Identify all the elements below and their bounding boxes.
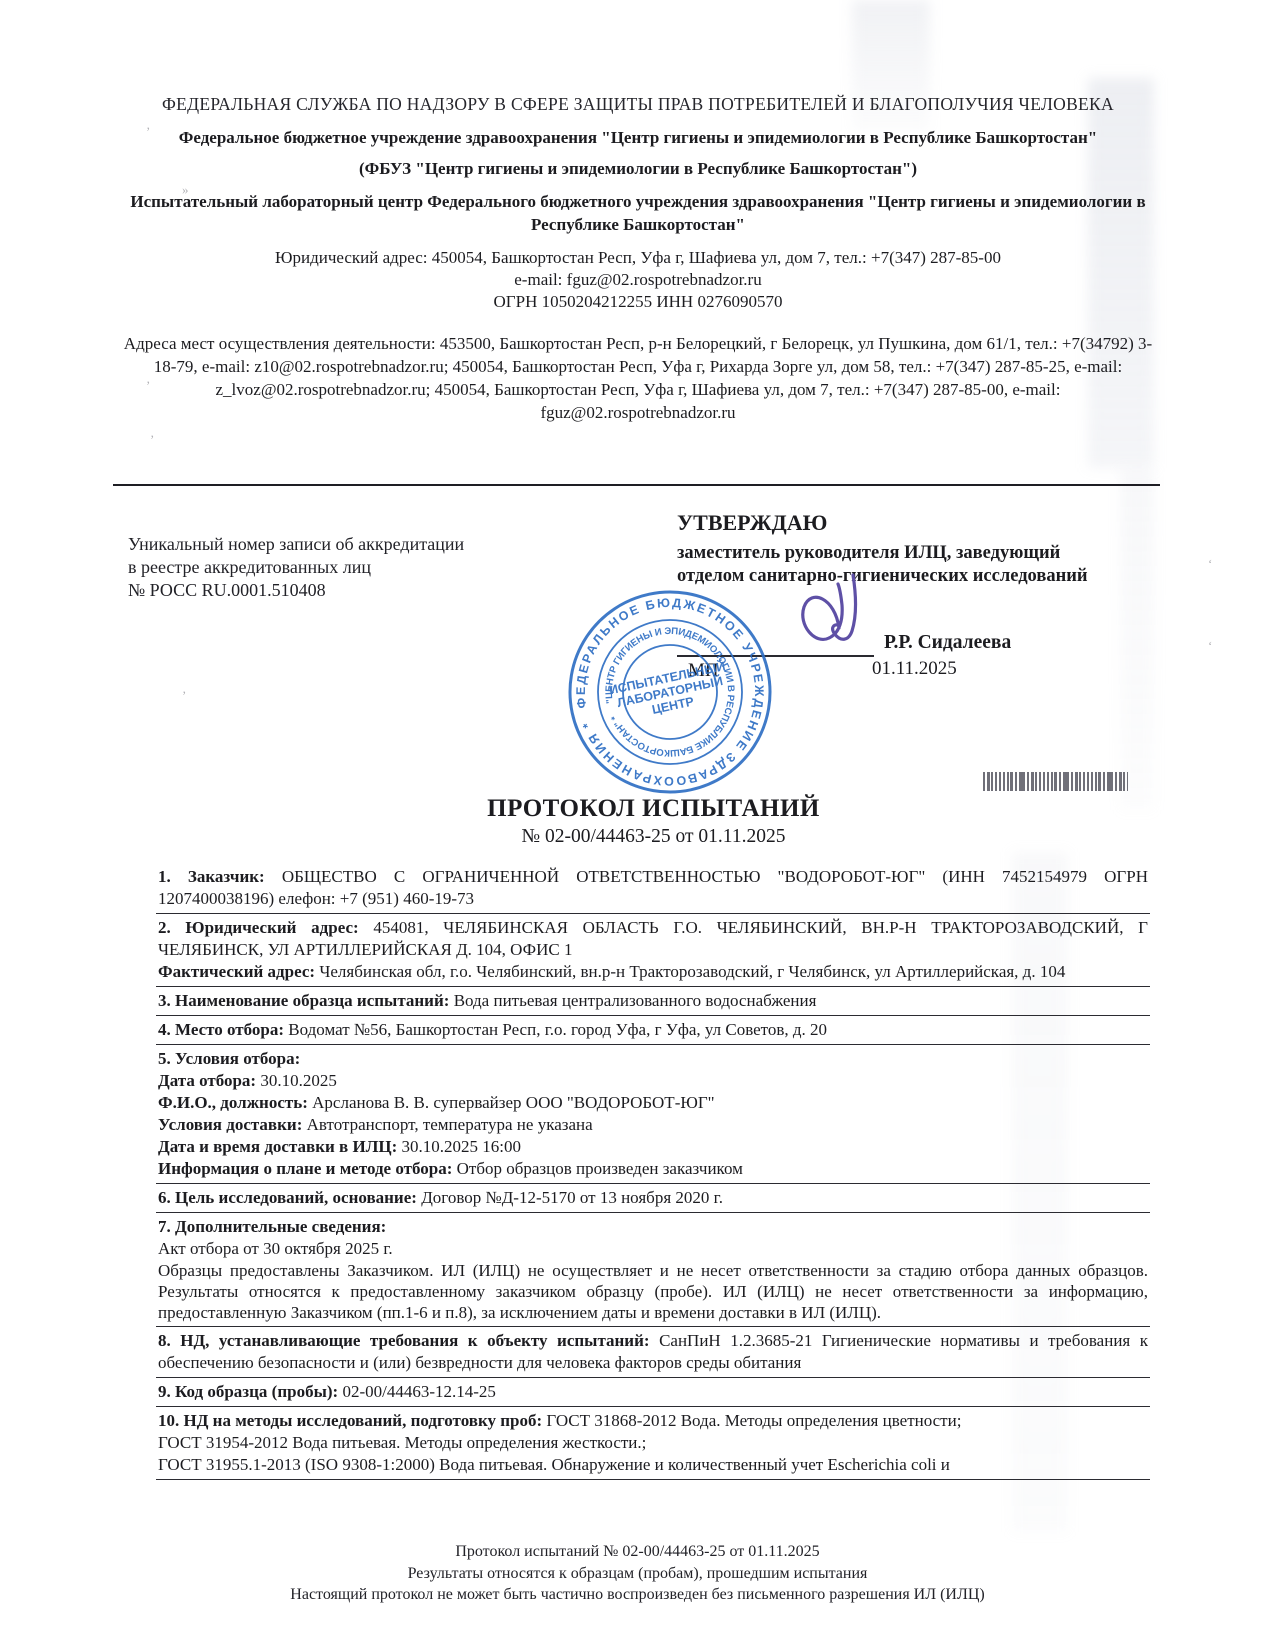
header-divider xyxy=(113,484,1160,486)
section-nd-methods: 10. НД на методы исследований, подготовк… xyxy=(156,1407,1150,1480)
field-value: Арсланова В. В. супервайзер ООО "ВОДОРОБ… xyxy=(312,1093,714,1112)
scan-speck: ’ xyxy=(150,432,154,448)
org-email: e-mail: fguz@02.rospotrebnadzor.ru xyxy=(118,269,1158,291)
activity-addresses: Адреса мест осуществления деятельности: … xyxy=(118,332,1158,424)
section-legal-address: 2. Юридический адрес: 454081, ЧЕЛЯБИНСКА… xyxy=(156,914,1150,987)
section-value: 02-00/44463-12.14-25 xyxy=(342,1382,495,1401)
accreditation-line: Уникальный номер записи об аккредитации xyxy=(128,533,464,556)
section-label: 8. НД, устанавливающие требования к объе… xyxy=(158,1331,650,1350)
section-label: 2. Юридический адрес: xyxy=(158,918,359,937)
section-sampling-place: 4. Место отбора: Водомат №56, Башкортост… xyxy=(156,1016,1150,1045)
section-paragraph: Образцы предоставлены Заказчиком. ИЛ (ИЛ… xyxy=(158,1260,1148,1323)
scan-speck: ‘ xyxy=(1208,638,1212,654)
footer-note: Настоящий протокол не может быть частичн… xyxy=(0,1584,1275,1606)
protocol-number: № 02-00/44463-25 от 01.11.2025 xyxy=(155,826,1152,848)
agency-name: ФЕДЕРАЛЬНАЯ СЛУЖБА ПО НАДЗОРУ В СФЕРЕ ЗА… xyxy=(118,92,1158,116)
section-nd-requirements: 8. НД, устанавливающие требования к объе… xyxy=(156,1327,1150,1378)
footer-note: Результаты относятся к образцам (пробам)… xyxy=(0,1563,1275,1585)
approver-position-line: заместитель руководителя ИЛЦ, заведующий xyxy=(677,542,1127,565)
handwritten-signature xyxy=(795,570,895,662)
field-label: Дата отбора: xyxy=(158,1071,256,1090)
section-label: 10. НД на методы исследований, подготовк… xyxy=(158,1411,542,1430)
section-label: Фактический адрес: xyxy=(158,962,315,981)
scanned-protocol-page: ’ » ’ ’ ’ ‘ ‘ ФЕДЕРАЛЬНАЯ СЛУЖБА ПО НАДЗ… xyxy=(0,0,1275,1650)
section-label: 5. Условия отбора: xyxy=(158,1049,300,1068)
section-line: ГОСТ 31955.1-2013 (ISO 9308-1:2000) Вода… xyxy=(158,1454,1148,1476)
field-value: Автотранспорт, температура не указана xyxy=(307,1115,593,1134)
section-label: 3. Наименование образца испытаний: xyxy=(158,991,449,1010)
section-value: Челябинская обл, г.о. Челябинский, вн.р-… xyxy=(319,962,1065,981)
accreditation-line: в реестре аккредитованных лиц xyxy=(128,556,464,579)
official-round-stamp-icon: ФЕДЕРАЛЬНОЕ БЮДЖЕТНОЕ УЧРЕЖДЕНИЕ ЗДРАВОО… xyxy=(547,569,794,816)
field-value: 30.10.2025 16:00 xyxy=(402,1137,521,1156)
protocol-sections: 1. Заказчик: ОБЩЕСТВО С ОГРАНИЧЕННОЙ ОТВ… xyxy=(156,866,1150,1480)
organization-short-name: (ФБУЗ "Центр гигиены и эпидемиологии в Р… xyxy=(118,157,1158,180)
document-header: ФЕДЕРАЛЬНАЯ СЛУЖБА ПО НАДЗОРУ В СФЕРЕ ЗА… xyxy=(118,92,1158,424)
field-label: Информация о плане и методе отбора: xyxy=(158,1159,452,1178)
scan-speck: ’ xyxy=(182,688,186,704)
legal-address: Юридический адрес: 450054, Башкортостан … xyxy=(118,247,1158,269)
protocol-title: ПРОТОКОЛ ИСПЫТАНИЙ xyxy=(155,795,1152,823)
section-label: 9. Код образца (пробы): xyxy=(158,1382,338,1401)
section-purpose: 6. Цель исследований, основание: Договор… xyxy=(156,1184,1150,1213)
lab-center-name: Испытательный лабораторный центр Федерал… xyxy=(118,190,1158,236)
section-label: 4. Место отбора: xyxy=(158,1020,284,1039)
section-value: ОБЩЕСТВО С ОГРАНИЧЕННОЙ ОТВЕТСТВЕННОСТЬЮ… xyxy=(158,867,1148,908)
section-value: ГОСТ 31868-2012 Вода. Методы определения… xyxy=(546,1411,961,1430)
section-sample-code: 9. Код образца (пробы): 02-00/44463-12.1… xyxy=(156,1378,1150,1407)
section-label: 6. Цель исследований, основание: xyxy=(158,1188,417,1207)
approval-date: 01.11.2025 xyxy=(872,658,957,680)
approval-title: УТВЕРЖДАЮ xyxy=(677,510,1127,536)
section-value: Водомат №56, Башкортостан Респ, г.о. гор… xyxy=(288,1020,827,1039)
field-label: Дата и время доставки в ИЛЦ: xyxy=(158,1137,397,1156)
organization-full-name: Федеральное бюджетное учреждение здравоо… xyxy=(118,126,1158,149)
barcode xyxy=(983,772,1128,791)
section-additional-info: 7. Дополнительные сведения: Акт отбора о… xyxy=(156,1213,1150,1327)
page-footer: Протокол испытаний № 02-00/44463-25 от 0… xyxy=(0,1541,1275,1606)
section-customer: 1. Заказчик: ОБЩЕСТВО С ОГРАНИЧЕННОЙ ОТВ… xyxy=(156,866,1150,914)
section-value: Договор №Д-12-5170 от 13 ноября 2020 г. xyxy=(421,1188,723,1207)
field-value: 30.10.2025 xyxy=(260,1071,337,1090)
section-line: Акт отбора от 30 октября 2025 г. xyxy=(158,1238,1148,1260)
footer-protocol-ref: Протокол испытаний № 02-00/44463-25 от 0… xyxy=(0,1541,1275,1563)
accreditation-number: № РОСС RU.0001.510408 xyxy=(128,579,464,602)
field-value: Отбор образцов произведен заказчиком xyxy=(457,1159,743,1178)
ogrn-inn: ОГРН 1050204212255 ИНН 0276090570 xyxy=(118,291,1158,313)
accreditation-block: Уникальный номер записи об аккредитации … xyxy=(128,533,464,602)
section-sample-name: 3. Наименование образца испытаний: Вода … xyxy=(156,987,1150,1016)
field-label: Ф.И.О., должность: xyxy=(158,1093,308,1112)
section-label: 1. Заказчик: xyxy=(158,867,265,886)
section-sampling-conditions: 5. Условия отбора: Дата отбора: 30.10.20… xyxy=(156,1045,1150,1184)
field-label: Условия доставки: xyxy=(158,1115,302,1134)
scan-speck: ‘ xyxy=(1208,556,1212,572)
approver-name: Р.Р. Сидалеева xyxy=(884,632,1011,654)
section-line: ГОСТ 31954-2012 Вода питьевая. Методы оп… xyxy=(158,1432,1148,1454)
section-value: Вода питьевая централизованного водоснаб… xyxy=(454,991,817,1010)
section-label: 7. Дополнительные сведения: xyxy=(158,1217,386,1236)
